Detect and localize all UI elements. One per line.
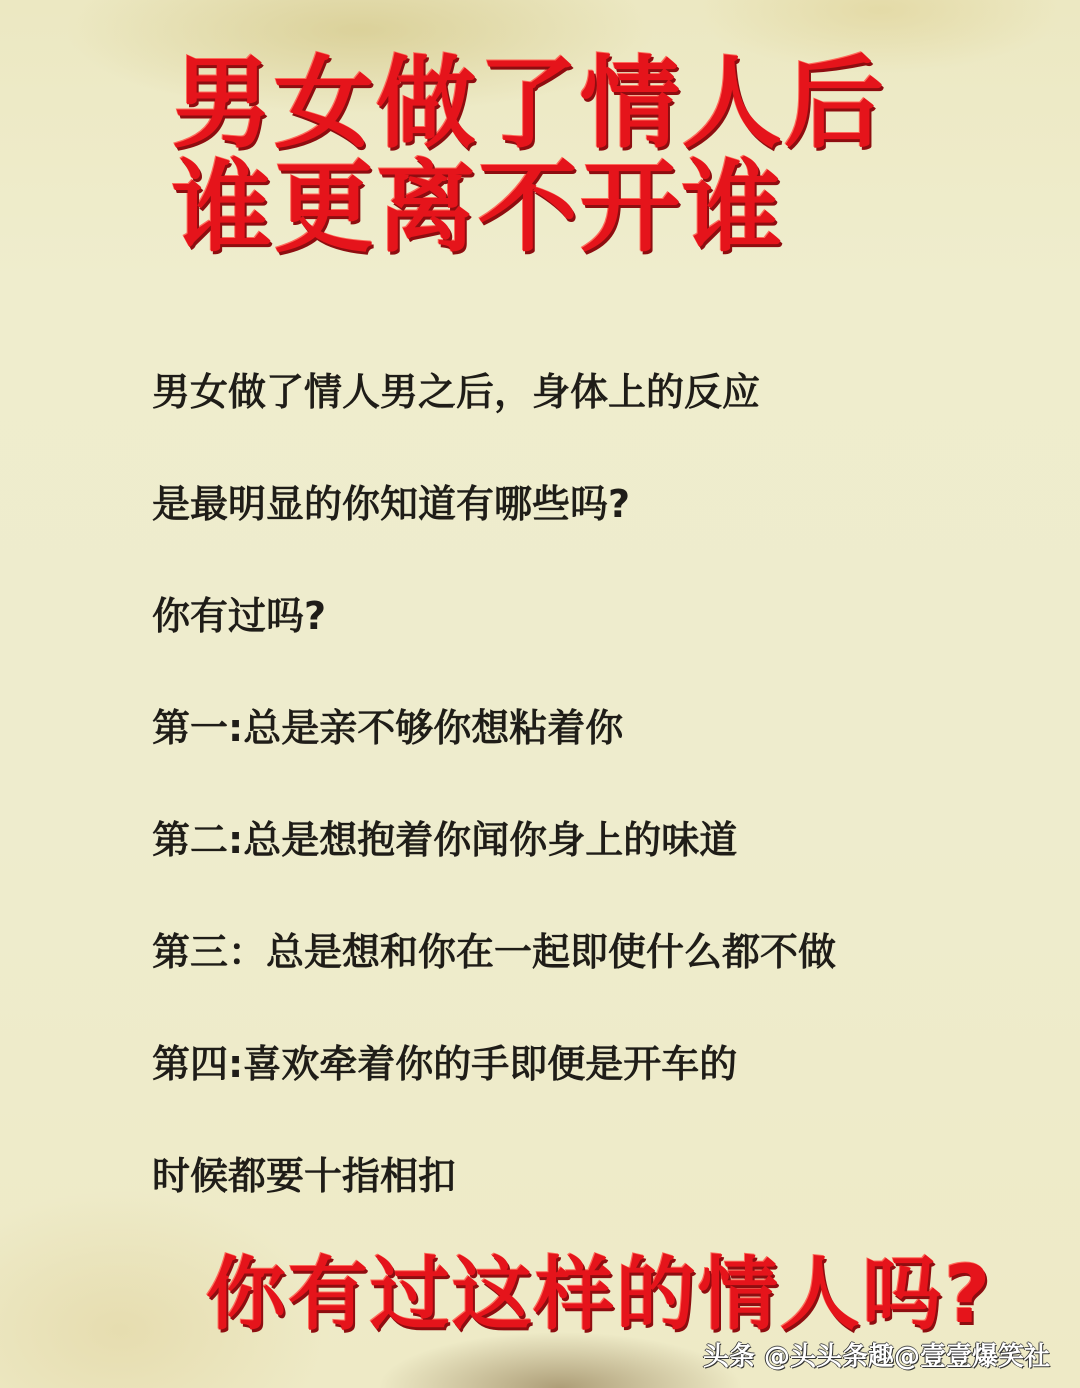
title-line-2: 谁更离不开谁 — [172, 156, 886, 260]
body-line: 是最明显的你知道有哪些吗? — [152, 476, 1012, 588]
body-line: 男女做了情人男之后，身体上的反应 — [152, 364, 1012, 476]
body-text: 男女做了情人男之后，身体上的反应 是最明显的你知道有哪些吗? 你有过吗? 第一:… — [152, 364, 1012, 1260]
list-item-first: 第一:总是亲不够你想粘着你 — [152, 700, 1012, 812]
body-line: 你有过吗? — [152, 588, 1012, 700]
list-item-second: 第二:总是想抱着你闻你身上的味道 — [152, 812, 1012, 924]
title-line-1: 男女做了情人后 — [172, 52, 886, 156]
closing-question: 你有过这样的情人吗? — [206, 1250, 992, 1340]
watermark: 头条 @头头条趣@壹壹爆笑社 — [703, 1336, 1050, 1373]
page-title: 男女做了情人后 谁更离不开谁 — [172, 52, 886, 260]
list-item-fourth-cont: 时候都要十指相扣 — [152, 1148, 1012, 1260]
list-item-third: 第三：总是想和你在一起即使什么都不做 — [152, 924, 1012, 1036]
list-item-fourth: 第四:喜欢牵着你的手即便是开车的 — [152, 1036, 1012, 1148]
